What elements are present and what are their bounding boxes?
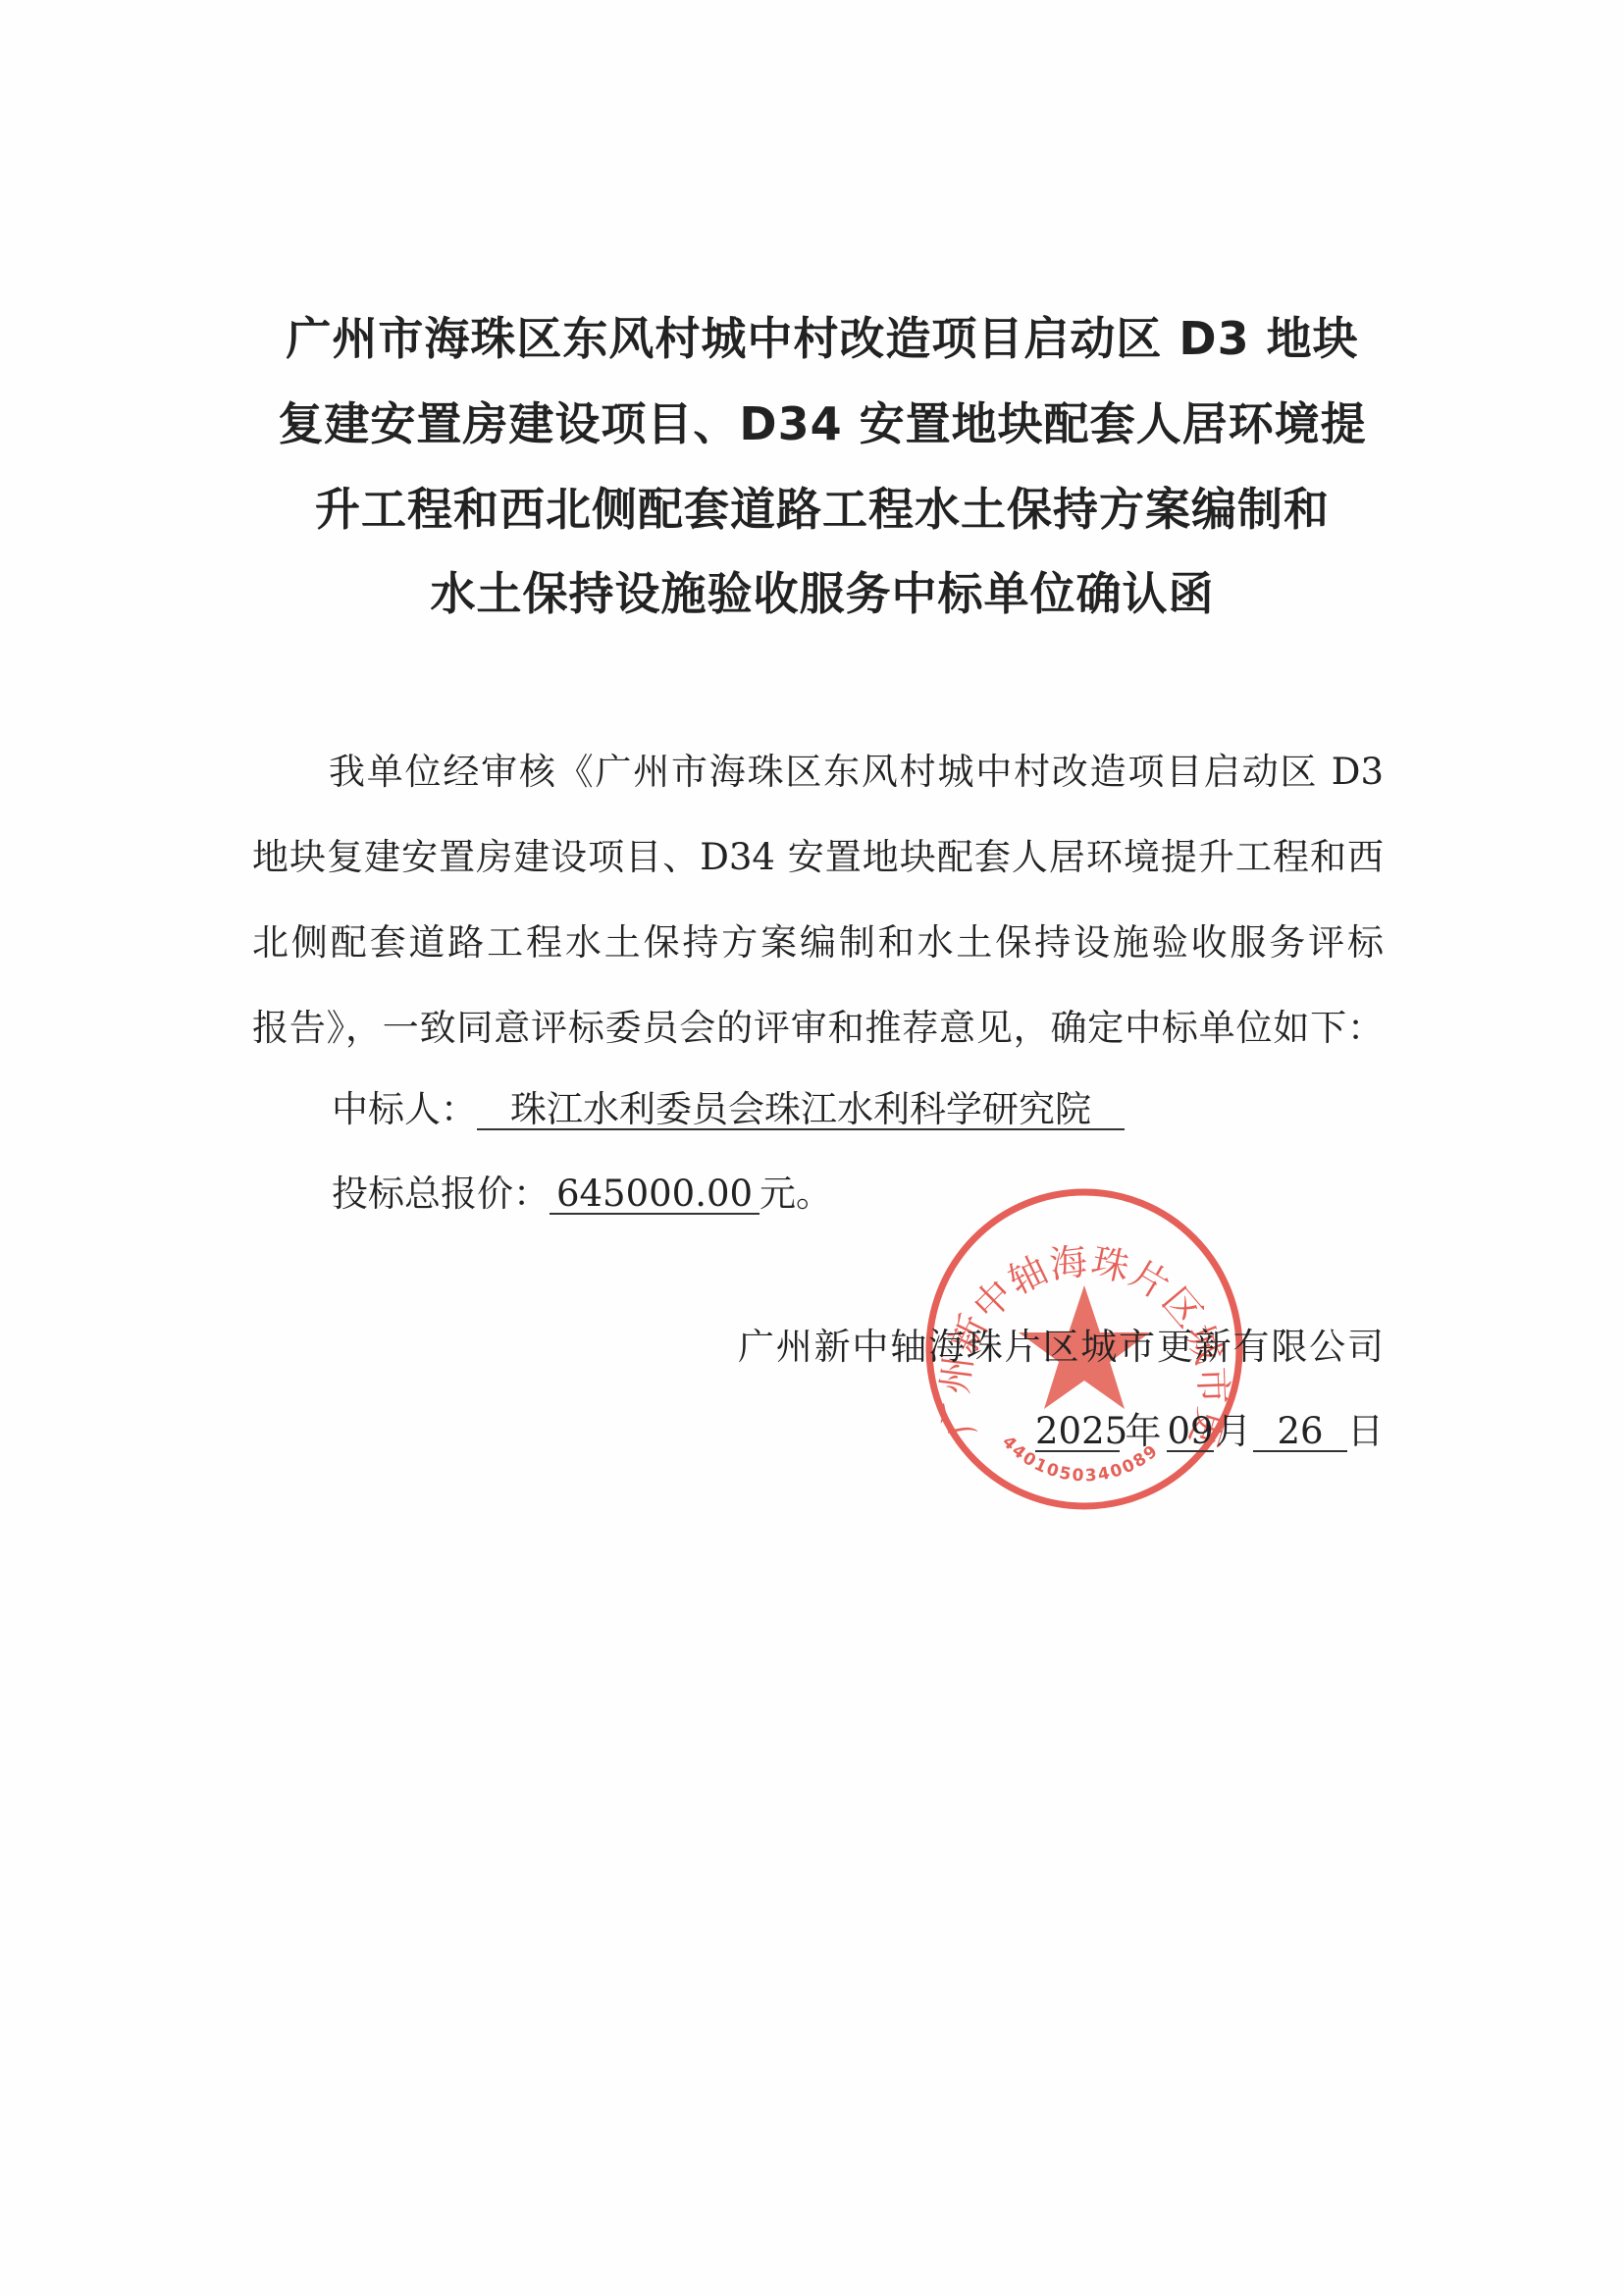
date-month: 09	[1167, 1413, 1214, 1452]
winner-label: 中标人：	[332, 1088, 477, 1130]
signature-date: 2025年09月26日	[1035, 1411, 1383, 1452]
body-line-2: 地块复建安置房建设项目、D34 安置地块配套人居环境提升工程和西	[252, 837, 1384, 878]
bid-price-unit: 元。	[760, 1173, 832, 1215]
body-line-3: 北侧配套道路工程水土保持方案编制和水土保持设施验收服务评标	[252, 922, 1384, 964]
title-line-1: 广州市海珠区东风村城中村改造项目启动区 D3 地块	[253, 314, 1391, 363]
date-month-unit: 月	[1214, 1411, 1253, 1452]
body-line-1: 我单位经审核《广州市海珠区东风村城中村改造项目启动区 D3	[329, 752, 1384, 793]
document-page: 广州市海珠区东风村城中村改造项目启动区 D3 地块 复建安置房建设项目、D34 …	[0, 0, 1624, 2296]
bid-price-value: 645000.00	[550, 1175, 760, 1215]
date-year: 2025	[1035, 1413, 1120, 1452]
bid-price-label: 投标总报价：	[332, 1173, 550, 1215]
date-day-unit: 日	[1347, 1411, 1383, 1452]
body-line-4: 报告》，一致同意评标委员会的评审和推荐意见，确定中标单位如下：	[252, 1008, 1384, 1049]
title-line-2: 复建安置房建设项目、D34 安置地块配套人居环境提	[253, 399, 1391, 448]
signature-company: 广州新中轴海珠片区城市更新有限公司	[738, 1327, 1384, 1368]
title-line-3: 升工程和西北侧配套道路工程水土保持方案编制和	[253, 485, 1391, 534]
bid-price-row: 投标总报价：645000.00元。	[332, 1174, 832, 1215]
winner-row: 中标人：珠江水利委员会珠江水利科学研究院	[332, 1089, 1125, 1130]
title-line-4: 水土保持设施验收服务中标单位确认函	[253, 569, 1391, 618]
date-day: 26	[1253, 1413, 1347, 1452]
winner-value: 珠江水利委员会珠江水利科学研究院	[477, 1091, 1125, 1130]
date-year-unit: 年	[1120, 1411, 1167, 1452]
